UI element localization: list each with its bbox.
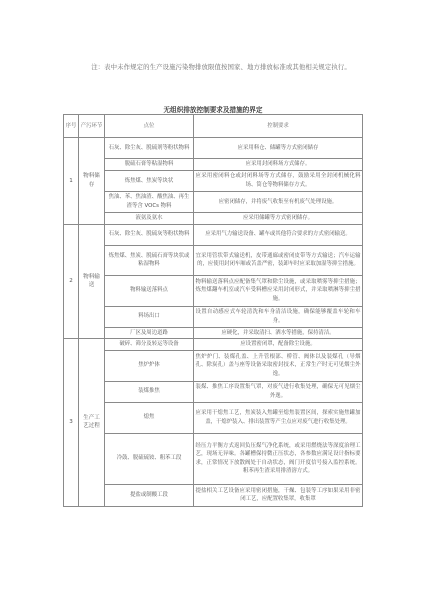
point-cell: 炼焦煤、焦炭等块状 xyxy=(105,171,194,192)
table-row: 焦炉炉体焦炉炉门、装煤孔盖、上升管根部、桥管、阀体以及装煤孔（导烟孔、除炭孔）盖… xyxy=(64,350,363,381)
requirement-cell: 应密闭储存，并将废气收集至有机废气处理设施。 xyxy=(194,192,363,213)
group-seq: 3 xyxy=(64,339,79,507)
point-cell: 厂区及周边道路 xyxy=(105,327,194,339)
requirement-cell: 焦炉炉门、装煤孔盖、上升管根部、桥管、阀体以及装煤孔（导烟孔、除炭孔）盖与座等设… xyxy=(194,350,363,381)
table-row: 提盐或制酸工段提盐相关工艺设备应采用密闭措施，干燥、包装等工序如果采用非密闭工艺… xyxy=(64,484,363,506)
table-row: 料场出口设置自动感应式车轮清洗和车身清洁设施，确保能够覆盖车轮和车身。 xyxy=(64,306,363,327)
table-note: 注：表中未作规定的生产设施污染物排放限值按国家、地方排放标准或其他相关规定执行。 xyxy=(76,62,366,73)
header-point: 点位 xyxy=(105,115,194,138)
header-stage: 产污环节 xyxy=(79,115,105,138)
header-requirement: 控制要求 xyxy=(194,115,363,138)
point-cell: 装煤推焦 xyxy=(105,381,194,402)
table-row: 物料输送落料点物料输送落料点应配备集气罩和除尘设施，或采取喷雾等抑尘措施；炼焦煤… xyxy=(64,275,363,306)
table-row: 厂区及周边道路应硬化，并采取清扫、洒水等措施，保持清洁。 xyxy=(64,327,363,339)
point-cell: 破碎、筛分及转运等设备 xyxy=(105,339,194,351)
table-row: 脱硫石膏等粘湿物料应采用封闭料场方式储存。 xyxy=(64,159,363,171)
requirement-cell: 提盐相关工艺设备应采用密闭措施，干燥、包装等工序如果采用非密闭工艺，应配置收集罩… xyxy=(194,484,363,506)
point-cell: 炼焦煤、焦炭、脱硫石膏等块状或粘湿物料 xyxy=(105,245,194,275)
table-row: 炼焦煤、焦炭等块状应采用密闭料仓或封闭料场等方式储存，鼓励采用全封闭机械化料场、… xyxy=(64,171,363,192)
table-row: 炼焦煤、焦炭、脱硫石膏等块状或粘湿物料宜采用管状带式输送机，皮带通廊或密闭皮带等… xyxy=(64,245,363,275)
requirement-cell: 物料输送落料点应配备集气罩和除尘设施，或采取喷雾等抑尘措施；炼焦煤翻车机室或汽车… xyxy=(194,275,363,306)
requirement-cell: 应采用干熄焦工艺，焦炭装入焦罐至熄焦装置区间，探索实施焦罐加盖，干熄炉装入、排出… xyxy=(194,402,363,433)
table-row: 焦油、苯、焦油渣、酸焦油、再生渣等含 VOCs 物料应密闭储存，并将废气收集至有… xyxy=(64,192,363,213)
emission-control-table: 序号 产污环节 点位 控制要求 1物料储存石灰、除尘灰、脱硫剂等粉状物料应采用料… xyxy=(63,114,363,507)
requirement-cell: 应硬化，并采取清扫、洒水等措施，保持清洁。 xyxy=(194,327,363,339)
point-cell: 料场出口 xyxy=(105,306,194,327)
point-cell: 熄焦 xyxy=(105,402,194,433)
requirement-cell: 应采用密闭料仓或封闭料场等方式储存，鼓励采用全封闭机械化料场、筒仓等物料储存方式… xyxy=(194,171,363,192)
requirement-cell: 应采用封闭料场方式储存。 xyxy=(194,159,363,171)
table-row: 液氨及氨水应采用储罐等方式密闭储存。 xyxy=(64,213,363,225)
group-stage: 物料储存 xyxy=(79,138,105,225)
header-seq: 序号 xyxy=(64,115,79,138)
requirement-cell: 经压力平衡方式返回负压煤气净化系统，或采用燃烧法等深度治理工艺，现场无异味。各罐… xyxy=(194,433,363,484)
requirement-cell: 应采用储罐等方式密闭储存。 xyxy=(194,213,363,225)
group-seq: 2 xyxy=(64,224,79,339)
point-cell: 冷鼓、脱硫硫铵、粗苯工段 xyxy=(105,433,194,484)
group-seq: 1 xyxy=(64,138,79,225)
point-cell: 脱硫石膏等粘湿物料 xyxy=(105,159,194,171)
table-row: 熄焦应采用干熄焦工艺，焦炭装入焦罐至熄焦装置区间，探索实施焦罐加盖，干熄炉装入、… xyxy=(64,402,363,433)
point-cell: 焦油、苯、焦油渣、酸焦油、再生渣等含 VOCs 物料 xyxy=(105,192,194,213)
table-row: 装煤推焦装煤、推焦工序设置集气罩，对废气进行收集处理，确保无可见烟尘外逸。 xyxy=(64,381,363,402)
requirement-cell: 应采用气力输送设备、罐车或其他符合要求的方式密闭输送。 xyxy=(194,224,363,245)
point-cell: 物料输送落料点 xyxy=(105,275,194,306)
requirement-cell: 应设置密闭罩，配备除尘设施。 xyxy=(194,339,363,351)
point-cell: 焦炉炉体 xyxy=(105,350,194,381)
point-cell: 石灰、除尘灰、脱硫灰等粉状物料 xyxy=(105,224,194,245)
table-row: 3生产工艺过程破碎、筛分及转运等设备应设置密闭罩，配备除尘设施。 xyxy=(64,339,363,351)
point-cell: 提盐或制酸工段 xyxy=(105,484,194,506)
requirement-cell: 装煤、推焦工序设置集气罩，对废气进行收集处理，确保无可见烟尘外逸。 xyxy=(194,381,363,402)
point-cell: 液氨及氨水 xyxy=(105,213,194,225)
requirement-cell: 应采用料仓、储罐等方式密闭储存 xyxy=(194,138,363,159)
table-title: 无组织排放控制要求及措施的界定 xyxy=(63,104,363,114)
group-stage: 生产工艺过程 xyxy=(79,339,105,507)
header-row: 序号 产污环节 点位 控制要求 xyxy=(64,115,363,138)
table-row: 冷鼓、脱硫硫铵、粗苯工段经压力平衡方式返回负压煤气净化系统，或采用燃烧法等深度治… xyxy=(64,433,363,484)
table-row: 1物料储存石灰、除尘灰、脱硫剂等粉状物料应采用料仓、储罐等方式密闭储存 xyxy=(64,138,363,159)
group-stage: 物料输送 xyxy=(79,224,105,339)
requirement-cell: 宜采用管状带式输送机，皮带通廊或密闭皮带等方式输送；汽车运输的，应使用封闭车厢或… xyxy=(194,245,363,275)
point-cell: 石灰、除尘灰、脱硫剂等粉状物料 xyxy=(105,138,194,159)
requirement-cell: 设置自动感应式车轮清洗和车身清洁设施，确保能够覆盖车轮和车身。 xyxy=(194,306,363,327)
table-row: 2物料输送石灰、除尘灰、脱硫灰等粉状物料应采用气力输送设备、罐车或其他符合要求的… xyxy=(64,224,363,245)
